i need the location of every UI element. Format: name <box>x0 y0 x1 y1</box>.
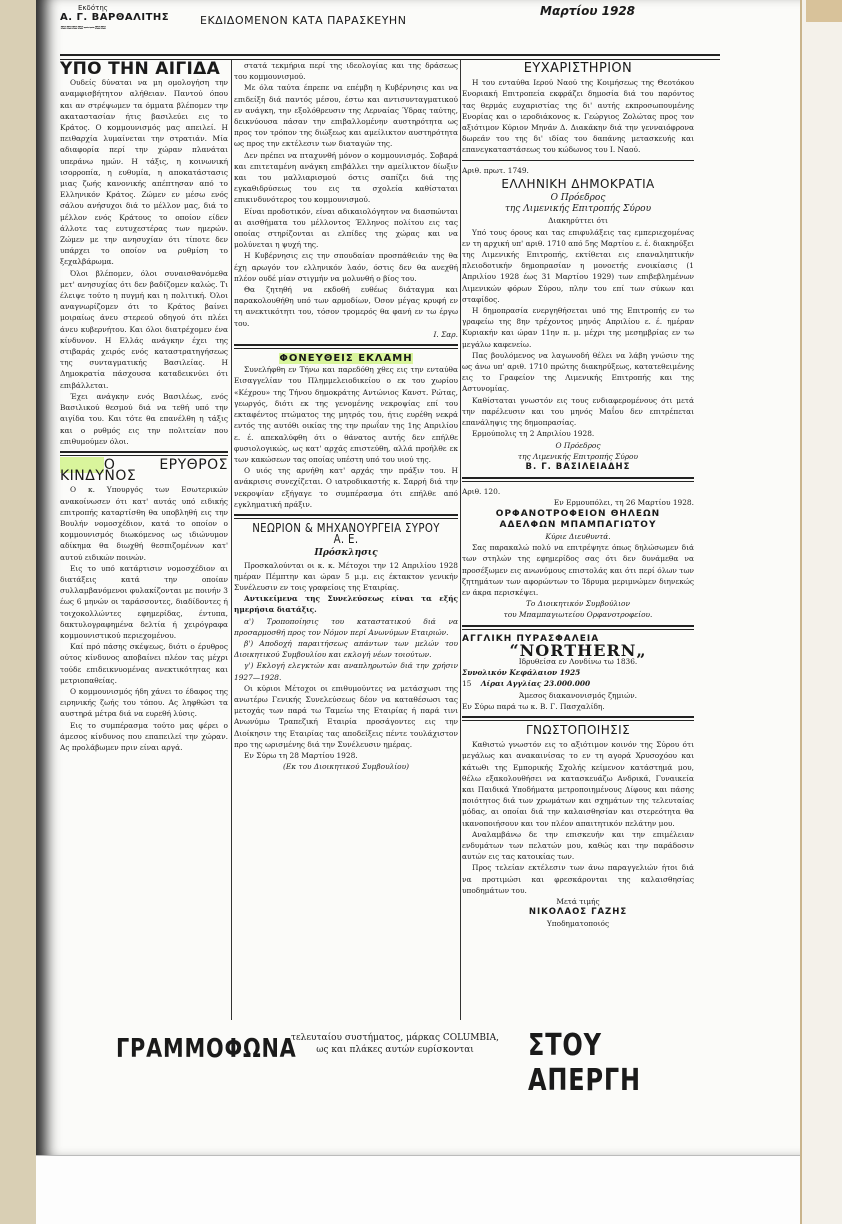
salutation: Κύριε Διευθυντά. <box>462 531 694 542</box>
section-rule <box>60 451 228 456</box>
signature-line: Μετά τιμής <box>462 896 694 907</box>
notice-paragraph: Οι κύριοι Μέτοχοι οι επιθυμούντες να μετ… <box>234 683 458 750</box>
article-paragraph: Ο κομμουνισμός ήδη χάνει το έδαφος της ε… <box>60 686 228 720</box>
article-paragraph: Συνελήφθη εν Τήνω και παρεδόθη χθες εις … <box>234 364 458 465</box>
company-title-neorion: ΝΕΩΡΙΟΝ & ΜΗΧΑΝΟΥΡΓΕΙΑ ΣΥΡΟΥ Α. Ε. <box>251 523 441 545</box>
article-paragraph: Έχει ανάγκην ενός Βασιλέως, ενός Βασιλικ… <box>60 391 228 447</box>
notice-title-gnostopoiisis: ΓΝΩΣΤΟΠΟΙΗΣΙΣ <box>462 725 694 736</box>
issuer-line: Ο Πρόεδρος <box>462 193 694 204</box>
orphanage-title: ΑΔΕΛΦΩΝ ΜΠΑΜΠΑΓΙΩΤΟΥ <box>462 520 694 531</box>
insurance-capital-row: 15 Λίραι Αγγλίας 23.000.000 <box>462 678 694 689</box>
article-title-aigida: ΥΠΟ ΤΗΝ ΑΙΓΙΔΑ <box>60 64 228 75</box>
notice-subtitle: Πρόσκλησις <box>234 548 458 559</box>
ad-headline-right: ΣΤΟΥ ΑΠΕΡΓΗ <box>528 1028 682 1098</box>
article-paragraph: Όλοι βλέπομεν, όλοι συναισθανόμεθα μετ' … <box>60 268 228 391</box>
agenda-title: Αντικείμενα της Συνελεύσεως είναι τα εξή… <box>234 593 458 615</box>
signature-name: ΝΙΚΟΛΑΟΣ ΓΑΖΗΣ <box>462 907 694 918</box>
column-divider <box>460 60 461 1020</box>
column-left: ΥΠΟ ΤΗΝ ΑΙΓΙΔΑ Ουδείς δύναται να μη ομολ… <box>60 60 228 1080</box>
article-paragraph: Είναι προδοτικόν, είναι αδικαιολόγητον ν… <box>234 206 458 251</box>
reference-number: Αριθ. 120. <box>462 486 694 497</box>
section-rule <box>462 477 694 482</box>
capital-number: 15 <box>462 679 471 688</box>
issuer-line: Διακηρύττει ότι <box>462 215 694 226</box>
publisher-name: Α. Γ. ΒΑΡΘΑΛΙΤΗΣ <box>60 12 180 23</box>
notice-dateline: Ερμούπολις τη 2 Απριλίου 1928. <box>462 428 694 439</box>
signature-line: Υποδηματοποιός <box>462 918 694 929</box>
ad-body-line: τελευταίου συστήματος, μάρκας COLUMBIA, <box>275 1032 515 1044</box>
letter-paragraph: Σας παρακαλώ πολύ να επιτρέψητε όπως δηλ… <box>462 542 694 598</box>
insurance-brand: “NORTHERN„ <box>462 645 694 656</box>
signature-line: Το Διοικητικόν Συμβούλιον <box>462 598 694 609</box>
notice-dateline: Εν Ερμουπόλει, τη 26 Μαρτίου 1928. <box>462 497 694 508</box>
section-rule <box>234 344 458 349</box>
notice-signoff: (Εκ του Διοικητικού Συμβουλίου) <box>234 761 458 772</box>
signature-line: Ο Πρόεδρος <box>462 440 694 451</box>
article-paragraph: στατά τεκμήρια περί της ιδεολογίας και τ… <box>234 60 458 82</box>
article-title-erythros: Ο ΕΡΥΘΡΟΣ ΚΙΝΔΥΝΟΣ <box>60 460 228 482</box>
article-paragraph: Η Κυβέρνησις εις την σπουδαίαν προσπάθει… <box>234 250 458 284</box>
publication-frequency: ΕΚΔΙΔΟΜΕΝΟΝ ΚΑΤΑ ΠΑΡΑΣΚΕΥΗΝ <box>200 14 406 27</box>
article-title-text: ΦΟΝΕΥΘΕΙΣ ΕΚΛΑΜΗ <box>279 353 412 364</box>
paper-corner <box>806 0 842 22</box>
notice-dateline: Εν Σύρω τη 28 Μαρτίου 1928. <box>234 750 458 761</box>
signature-line: της Λιμενικής Επιτροπής Σύρου <box>462 451 694 462</box>
gramophone-advertisement: ΓΡΑΜΜΟΦΩΝΑ τελευταίου συστήματος, μάρκας… <box>80 1020 720 1070</box>
notice-paragraph: Προς τελείαν εκτέλεσιν των άνω παραγγελι… <box>462 862 694 896</box>
notice-title-eucharistirion: ΕΥΧΑΡΙΣΤΗΡΙΟΝ <box>462 63 694 74</box>
notice-paragraph: Καθιστώ γνωστόν εις το αξιότιμον κοινόν … <box>462 739 694 829</box>
masthead: Εκδότης Α. Γ. ΒΑΡΘΑΛΙΤΗΣ ≈≈≈≈∽∽≈≈ ΕΚΔΙΔΟ… <box>60 4 780 56</box>
article-paragraph: Θα ζητηθή να εκδοθή ευθέως διάταγμα και … <box>234 284 458 329</box>
publisher-block: Εκδότης Α. Γ. ΒΑΡΘΑΛΙΤΗΣ ≈≈≈≈∽∽≈≈ <box>60 4 180 32</box>
column-right: ΕΥΧΑΡΙΣΤΗΡΙΟΝ Η του ενταύθα Ιερού Ναού τ… <box>462 60 694 1030</box>
agenda-item: γ') Εκλογή ελεγκτών και αναπληρωτών διά … <box>234 660 458 682</box>
article-signature: Ι. Σαρ. <box>234 329 458 340</box>
article-paragraph: Ο υιός της αρνήθη κατ' αρχάς την πράξιν … <box>234 465 458 510</box>
issue-date: Μαρτίου 1928 <box>540 4 635 18</box>
notice-paragraph: Πας βουλόμενος να λαγωνοδή θέλει να λάβη… <box>462 350 694 395</box>
article-paragraph: Δεν πρέπει να πταχυνθή μόνον ο κομμουνισ… <box>234 150 458 206</box>
notice-paragraph: Αναλαμβάνω δε την επισκευήν και την επιμ… <box>462 829 694 863</box>
agenda-item: α') Τροποποίησις του καταστατικού διά να… <box>234 616 458 638</box>
notice-paragraph: Προσκαλούνται οι κ. κ. Μέτοχοι την 12 Απ… <box>234 560 458 594</box>
section-rule <box>462 716 694 721</box>
article-paragraph: Ουδείς δύναται να μη ομολογήση την αναμφ… <box>60 77 228 267</box>
ad-body: τελευταίου συστήματος, μάρκας COLUMBIA, … <box>275 1032 515 1056</box>
section-rule <box>234 514 458 519</box>
page-edge <box>800 0 842 1224</box>
notice-paragraph: Καθίσταται γνωστόν εις τους ενδιαφερομέν… <box>462 395 694 429</box>
column-middle: στατά τεκμήρια περί της ιδεολογίας και τ… <box>234 60 458 1030</box>
signature-line: του Μπαμπαγιωτείου Ορφανοτροφείου. <box>462 609 694 620</box>
insurance-founded: Ιδρυθείσα εν Λονδίνω τω 1836. <box>462 656 694 667</box>
article-title-foneftheis: ΦΟΝΕΥΘΕΙΣ ΕΚΛΑΜΗ <box>234 353 458 364</box>
insurance-claims: Άμεσος διακανονισμός ζημιών. <box>462 690 694 701</box>
signature-name: Β. Γ. ΒΑΣΙΛΕΙΑΔΗΣ <box>462 462 694 473</box>
ornament-icon: ≈≈≈≈∽∽≈≈ <box>60 23 180 32</box>
notice-paragraph: Η δημοπρασία ενεργηθήσεται υπό της Επιτρ… <box>462 305 694 350</box>
section-rule <box>462 625 694 630</box>
notice-title-dimokratia: ΕΛΛΗΝΙΚΗ ΔΗΜΟΚΡΑΤΙΑ <box>462 179 694 190</box>
section-rule <box>462 160 694 161</box>
publisher-label: Εκδότης <box>78 4 180 12</box>
agenda-item: β') Αποδοχή παραιτήσεως απάντων των μελώ… <box>234 638 458 660</box>
article-paragraph: Εις το υπό κατάρτισιν νομοσχέδιον αι δια… <box>60 563 228 641</box>
notice-paragraph: Υπό τους όρους και τας επιφυλάξεις τας ε… <box>462 227 694 305</box>
article-paragraph: Εις το συμπέρασμα τούτο μας φέρει ο άμεσ… <box>60 720 228 754</box>
ad-headline-left: ΓΡΑΜΜΟΦΩΝΑ <box>116 1034 297 1064</box>
notice-paragraph: Η του ενταύθα Ιερού Ναού της Κοιμήσεως τ… <box>462 77 694 155</box>
reference-number: Αριθ. πρωτ. 1749. <box>462 165 694 176</box>
orphanage-title: ΟΡΦΑΝΟΤΡΟΦΕΙΟΝ ΘΗΛΕΩΝ <box>462 509 694 520</box>
article-paragraph: Ο κ. Υπουργός των Εσωτερικών ανακοίνωσεν… <box>60 484 228 562</box>
insurance-capital-label: Συνολικόν Κεφάλαιον 1925 <box>462 667 694 678</box>
article-paragraph: Με όλα ταύτα έπρεπε να επέμβη η Κυβέρνησ… <box>234 82 458 149</box>
page-lower-margin <box>36 1155 836 1224</box>
column-divider <box>231 60 232 1020</box>
article-paragraph: Καί πρό πάσης σκέψεως, διότι ο έρυθρος ο… <box>60 641 228 686</box>
capital-value: Λίραι Αγγλίας 23.000.000 <box>481 679 590 688</box>
issuer-line: της Λιμενικής Επιτροπής Σύρου <box>462 204 694 215</box>
ad-body-line: ως και πλάκες αυτών ευρίσκονται <box>275 1044 515 1056</box>
insurance-agent: Εν Σύρω παρά τω κ. Β. Γ. Πασχαλίδη. <box>462 701 694 712</box>
